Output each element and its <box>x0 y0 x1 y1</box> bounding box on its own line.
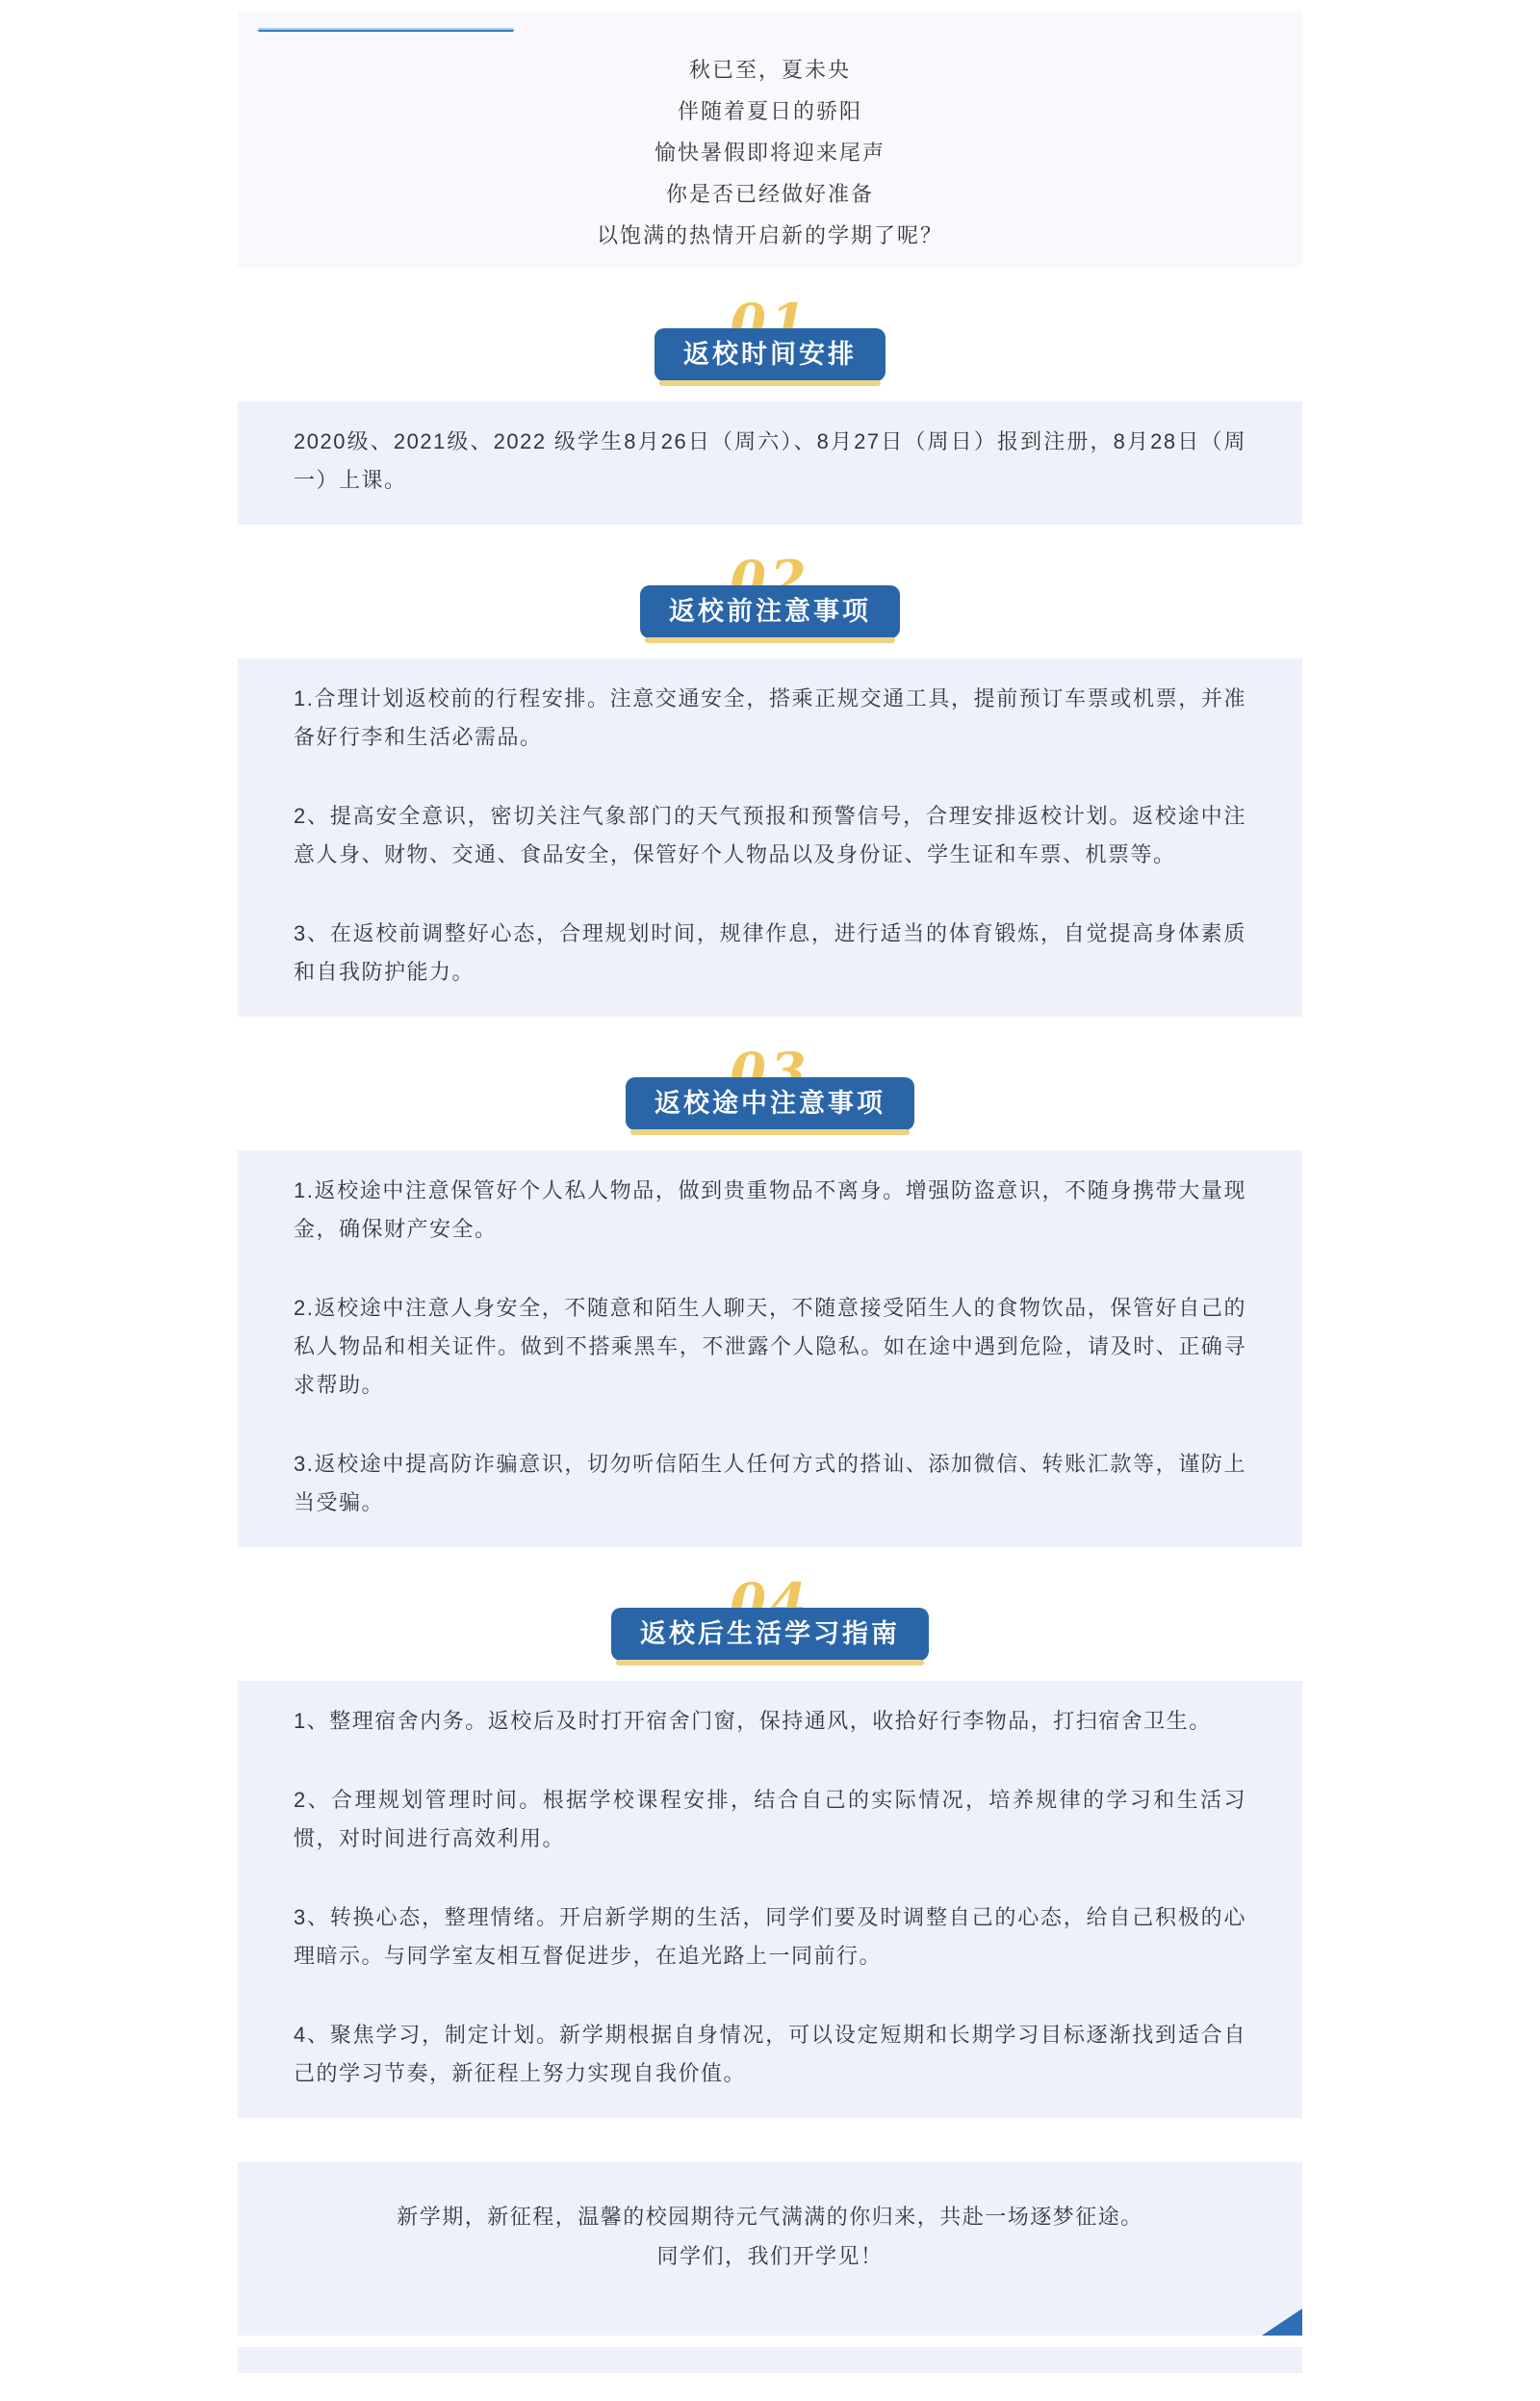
top-divider <box>258 28 514 32</box>
section-head-3: 03 返校途中注意事项 <box>238 1017 1302 1150</box>
intro-poem: 秋已至，夏未央 伴随着夏日的骄阳 愉快暑假即将迎来尾声 你是否已经做好准备 以饱… <box>238 49 1302 256</box>
next-block-sliver <box>238 2347 1302 2373</box>
section-title: 返校前注意事项 <box>640 585 900 638</box>
section-title: 返校时间安排 <box>654 328 885 381</box>
section-badge: 返校途中注意事项 <box>626 1077 914 1135</box>
paragraph: 2.返校途中注意人身安全，不随意和陌生人聊天，不随意接受陌生人的食物饮品，保管好… <box>294 1289 1246 1405</box>
intro-line: 你是否已经做好准备 <box>238 173 1302 215</box>
content-box-1: 2020级、2021级、2022 级学生8月26日（周六）、8月27日（周日）报… <box>238 401 1302 525</box>
badge-underline <box>616 1660 924 1665</box>
paragraph: 3、在返校前调整好心态，合理规划时间，规律作息，进行适当的体育锻炼，自觉提高身体… <box>294 915 1246 992</box>
section-title: 返校后生活学习指南 <box>611 1608 929 1661</box>
content-box-3: 1.返校途中注意保管好个人私人物品，做到贵重物品不离身。增强防盗意识，不随身携带… <box>238 1150 1302 1547</box>
paragraph: 1、整理宿舍内务。返校后及时打开宿舍门窗，保持通风，收拾好行李物品，打扫宿舍卫生… <box>294 1702 1246 1741</box>
content-box-4: 1、整理宿舍内务。返校后及时打开宿舍门窗，保持通风，收拾好行李物品，打扫宿舍卫生… <box>238 1681 1302 2118</box>
paragraph: 3、转换心态，整理情绪。开启新学期的生活，同学们要及时调整自己的心态，给自己积极… <box>294 1898 1246 1975</box>
section-head-1: 01 返校时间安排 <box>238 268 1302 401</box>
badge-underline <box>659 380 881 386</box>
footer-line: 同学们，我们开学见！ <box>294 2236 1246 2276</box>
section-badge: 返校时间安排 <box>654 328 885 386</box>
intro-line: 秋已至，夏未央 <box>238 49 1302 90</box>
intro-section: 秋已至，夏未央 伴随着夏日的骄阳 愉快暑假即将迎来尾声 你是否已经做好准备 以饱… <box>238 12 1302 268</box>
paragraph: 1.合理计划返校前的行程安排。注意交通安全，搭乘正规交通工具，提前预订车票或机票… <box>294 680 1246 757</box>
paragraph: 2、合理规划管理时间。根据学校课程安排，结合自己的实际情况，培养规律的学习和生活… <box>294 1781 1246 1858</box>
paragraph: 3.返校途中提高防诈骗意识，切勿听信陌生人任何方式的搭讪、添加微信、转账汇款等，… <box>294 1445 1246 1522</box>
badge-underline <box>630 1129 910 1135</box>
section-head-4: 04 返校后生活学习指南 <box>238 1547 1302 1681</box>
intro-line: 愉快暑假即将迎来尾声 <box>238 132 1302 173</box>
footer-section: 新学期，新征程，温馨的校园期待元气满满的你归来，共赴一场逐梦征途。 同学们，我们… <box>238 2162 1302 2336</box>
paragraph: 2、提高安全意识，密切关注气象部门的天气预报和预警信号，合理安排返校计划。返校途… <box>294 797 1246 874</box>
intro-line: 伴随着夏日的骄阳 <box>238 90 1302 132</box>
corner-triangle-icon <box>1262 2309 1302 2336</box>
paragraph: 4、聚焦学习，制定计划。新学期根据自身情况，可以设定短期和长期学习目标逐渐找到适… <box>294 2016 1246 2093</box>
footer-line: 新学期，新征程，温馨的校园期待元气满满的你归来，共赴一场逐梦征途。 <box>294 2197 1246 2236</box>
paragraph: 2020级、2021级、2022 级学生8月26日（周六）、8月27日（周日）报… <box>294 423 1246 500</box>
section-head-2: 02 返校前注意事项 <box>238 525 1302 658</box>
badge-underline <box>645 637 895 643</box>
section-title: 返校途中注意事项 <box>626 1077 914 1130</box>
content-box-2: 1.合理计划返校前的行程安排。注意交通安全，搭乘正规交通工具，提前预订车票或机票… <box>238 658 1302 1017</box>
intro-line: 以饱满的热情开启新的学期了呢？ <box>238 215 1302 256</box>
paragraph: 1.返校途中注意保管好个人私人物品，做到贵重物品不离身。增强防盗意识，不随身携带… <box>294 1172 1246 1249</box>
section-badge: 返校前注意事项 <box>640 585 900 643</box>
article-column: 秋已至，夏未央 伴随着夏日的骄阳 愉快暑假即将迎来尾声 你是否已经做好准备 以饱… <box>238 12 1302 2373</box>
section-badge: 返校后生活学习指南 <box>611 1608 929 1665</box>
